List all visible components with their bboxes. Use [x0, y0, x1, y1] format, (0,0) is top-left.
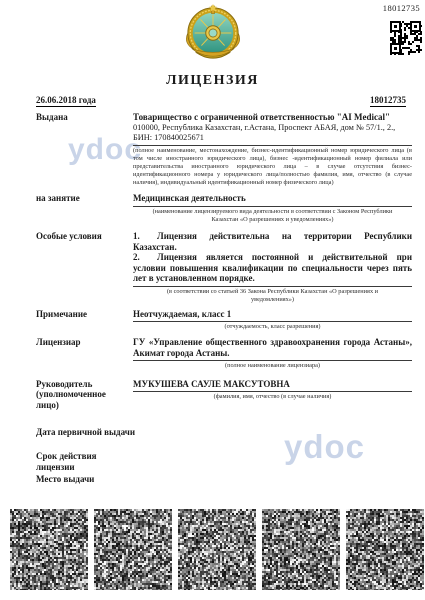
field-label: Срок действия лицензии: [36, 451, 133, 473]
data-matrix-code: [178, 509, 256, 590]
field-label: Дата первичной выдачи: [36, 427, 412, 438]
activity-value: Медицинская деятельность: [133, 193, 412, 204]
field-first-issue-date: Дата первичной выдачи: [36, 427, 412, 438]
fields: Выдана Товарищество с ограниченной ответ…: [36, 112, 412, 485]
field-hint: (фамилия, имя, отчество (в случае наличи…: [133, 393, 412, 401]
data-matrix-code: [10, 509, 88, 590]
license-number: 18012735: [370, 95, 406, 107]
qr-code-icon: [389, 20, 422, 55]
underline-rule: [133, 391, 412, 392]
field-place-of-issue: Место выдачи: [36, 474, 412, 485]
field-label: Примечание: [36, 309, 133, 331]
field-hint: (наименование лицензируемого вида деятел…: [133, 208, 412, 224]
field-label: Руководитель (уполномоченное лицо): [36, 379, 133, 411]
underline-rule: [133, 360, 412, 361]
head-name: МУКУШЕВА САУЛЕ МАКСУТОВНА: [133, 379, 412, 390]
field-hint: (отчуждаемость, класс разрешения): [133, 323, 412, 331]
top-doc-number: 18012735: [383, 3, 420, 13]
field-validity: Срок действия лицензии: [36, 451, 412, 473]
field-note: Примечание Неотчуждаемая, класс 1 (отчуж…: [36, 309, 412, 331]
field-label: Особые условия: [36, 231, 133, 304]
field-head: Руководитель (уполномоченное лицо) МУКУШ…: [36, 379, 412, 411]
field-label: Лицензиар: [36, 337, 133, 370]
condition-item: 1.Лицензия действительна на территории Р…: [133, 231, 412, 252]
data-matrix-code: [94, 509, 172, 590]
condition-item: 2.Лицензия является постоянной и действи…: [133, 252, 412, 284]
underline-rule: [133, 145, 412, 146]
license-document: 18012735: [0, 0, 425, 600]
licensee-address: 010000, Республика Казахстан, г.Астана, …: [133, 123, 412, 133]
field-special-conditions: Особые условия 1.Лицензия действительна …: [36, 231, 412, 304]
page-title: ЛИЦЕНЗИЯ: [0, 73, 425, 89]
field-hint: (в соответствии со статьей 36 Закона Рес…: [133, 288, 412, 304]
field-label: Место выдачи: [36, 474, 412, 485]
bottom-barcode-strip: [10, 509, 424, 590]
field-licensor: Лицензиар ГУ «Управление общественного з…: [36, 337, 412, 370]
note-value: Неотчуждаемая, класс 1: [133, 309, 412, 320]
kazakhstan-emblem-icon: [182, 4, 244, 67]
underline-rule: [133, 206, 412, 207]
licensee-name: Товарищество с ограниченной ответственно…: [133, 112, 412, 123]
underline-rule: [133, 286, 412, 287]
issue-date: 26.06.2018 года: [36, 95, 96, 107]
field-activity: на занятие Медицинская деятельность (наи…: [36, 193, 412, 224]
licensor-value: ГУ «Управление общественного здравоохран…: [133, 337, 412, 359]
field-issued-to: Выдана Товарищество с ограниченной ответ…: [36, 112, 412, 187]
data-matrix-code: [346, 509, 424, 590]
field-hint: (полное наименование лицензиара): [133, 362, 412, 370]
field-label: на занятие: [36, 193, 133, 224]
licensee-bin: БИН: 170840025671: [133, 133, 412, 143]
data-matrix-code: [262, 509, 340, 590]
underline-rule: [133, 321, 412, 322]
date-number-row: 26.06.2018 года 18012735: [36, 95, 406, 107]
field-label: Выдана: [36, 112, 133, 187]
field-hint: (полное наименование, местонахождение, б…: [133, 147, 412, 188]
